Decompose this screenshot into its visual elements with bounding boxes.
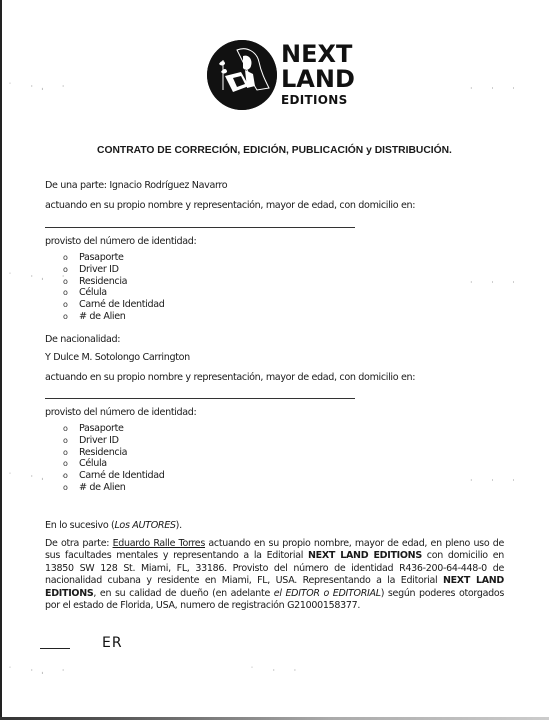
party2-id-option[interactable]: oResidencia (63, 447, 165, 459)
party2-id-label: provisto del número de identidad: (45, 407, 196, 418)
signature-dash (40, 648, 70, 649)
party2-intro: Y Dulce M. Sotolongo Carrington (45, 352, 190, 363)
editor-paragraph: De otra parte: Eduardo Ralle Torres actu… (45, 538, 504, 612)
circle-bullet-icon: o (63, 311, 79, 323)
party1-id-option[interactable]: oCarné de Identidad (63, 299, 165, 311)
party2-id-option[interactable]: oCarné de Identidad (63, 470, 165, 482)
party1-address-line[interactable] (45, 227, 355, 228)
editor-name: Eduardo Ralle Torres (113, 538, 205, 549)
party1-id-option[interactable]: oCélula (63, 287, 165, 299)
authors-label: Los AUTORES (114, 520, 175, 531)
scan-edge (0, 0, 2, 720)
party2-address-line[interactable] (45, 398, 355, 399)
logo-line-next: NEXT (281, 42, 355, 66)
party2-id-options: oPasaporte oDriver ID oResidencia oCélul… (63, 423, 165, 494)
scan-noise: · · · (470, 84, 523, 93)
party2-id-option[interactable]: oPasaporte (63, 423, 165, 435)
party1-id-options: oPasaporte oDriver ID oResidencia oCélul… (63, 252, 165, 323)
document-page: NEXT LAND EDITIONS CONTRATO DE CORRECIÓN… (0, 0, 549, 720)
party1-id-option[interactable]: oPasaporte (63, 252, 165, 264)
scan-noise: ˙ · · (250, 666, 304, 675)
woman-reading-book-icon (207, 40, 277, 110)
logo-line-editions: EDITIONS (281, 94, 355, 106)
scan-noise: · · · (470, 476, 523, 485)
party2-id-option[interactable]: oDriver ID (63, 435, 165, 447)
circle-bullet-icon: o (63, 299, 79, 311)
editor-role: el EDITOR o EDITORIAL (274, 588, 381, 599)
circle-bullet-icon: o (63, 435, 79, 447)
circle-bullet-icon: o (63, 252, 79, 264)
party1-id-option[interactable]: oDriver ID (63, 264, 165, 276)
circle-bullet-icon: o (63, 423, 79, 435)
party1-acting: actuando en su propio nombre y represent… (45, 200, 415, 211)
party2-acting: actuando en su propio nombre y represent… (45, 372, 415, 383)
circle-bullet-icon: o (63, 482, 79, 494)
logo-line-land: LAND (281, 67, 355, 91)
scan-noise: ˙ ·ˌ · (8, 472, 72, 481)
party2-id-option[interactable]: o# de Alien (63, 482, 165, 494)
scan-noise: ˙ ·ˌ · (8, 272, 72, 281)
party1-id-option[interactable]: o# de Alien (63, 311, 165, 323)
company-name: NEXT LAND EDITIONS (308, 550, 422, 561)
scan-noise: ˙ ·ˌ · (8, 82, 72, 91)
party1-nationality-label: De nacionalidad: (45, 334, 120, 345)
party1-id-label: provisto del número de identidad: (45, 236, 196, 247)
party1-id-option[interactable]: oResidencia (63, 276, 165, 288)
contract-title: CONTRATO DE CORRECIÓN, EDICIÓN, PUBLICAC… (0, 145, 549, 156)
publisher-logo: NEXT LAND EDITIONS (207, 36, 357, 116)
signature-initials: ER (40, 634, 160, 654)
circle-bullet-icon: o (63, 447, 79, 459)
scan-noise: ˙ ·ˌ · (8, 666, 72, 675)
party1-intro: De una parte: Ignacio Rodríguez Navarro (45, 180, 227, 191)
logo-wordmark: NEXT LAND EDITIONS (281, 42, 355, 106)
circle-bullet-icon: o (63, 458, 79, 470)
scan-noise: · · · (470, 278, 523, 287)
party2-id-option[interactable]: oCélula (63, 458, 165, 470)
circle-bullet-icon: o (63, 287, 79, 299)
authors-designation: En lo sucesivo (Los AUTORES). (45, 520, 182, 531)
